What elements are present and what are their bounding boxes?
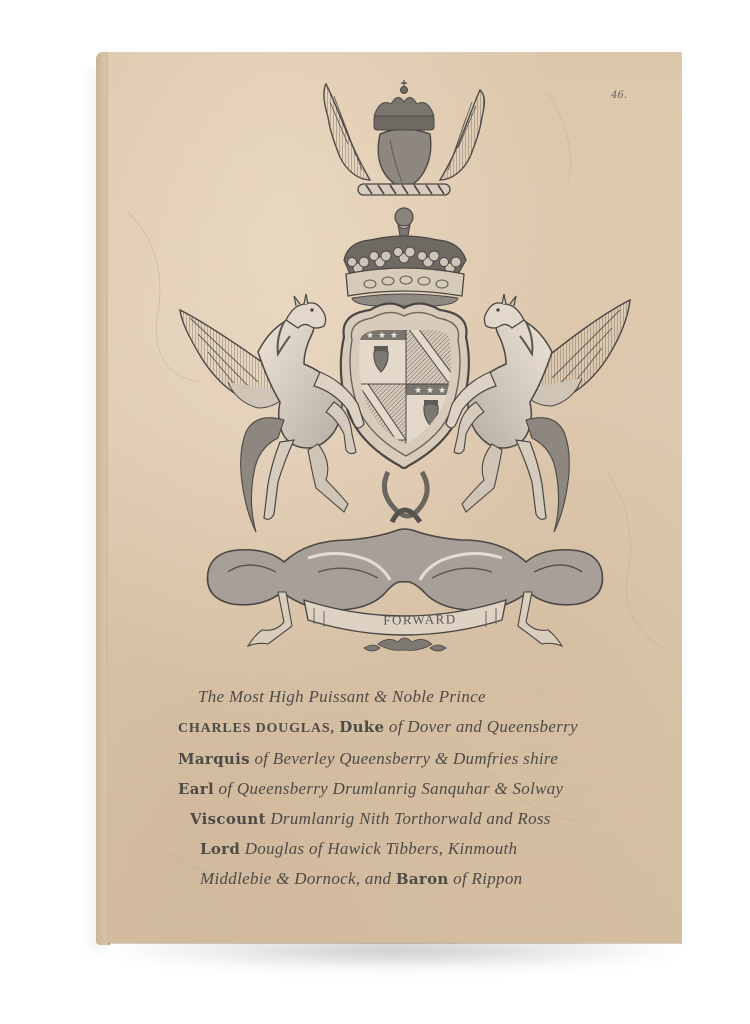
inscription-name: CHARLES DOUGLAS,: [178, 721, 335, 736]
title-lord: Lord: [200, 840, 240, 858]
lord-territories: Douglas of Hawick Tibbers, Kinmouth: [245, 839, 518, 858]
title-baron: Baron: [396, 870, 449, 888]
foliage-ornament-icon: [364, 638, 446, 651]
viscount-territories: Drumlanrig Nith Torthorwald and Ross: [270, 809, 550, 828]
pegasus-supporter-left-icon: [180, 294, 364, 532]
inscription-line-1: The Most High Puissant & Noble Prince: [178, 682, 618, 712]
inscription-line-3: Marquis of Beverley Queensberry & Dumfri…: [178, 744, 618, 774]
title-duke: Duke: [339, 718, 384, 736]
knot-ornament-icon: [384, 472, 427, 522]
winged-heart-crest-icon: [324, 80, 485, 195]
motto-text: FORWARD: [370, 611, 470, 629]
earl-territories: of Queensberry Drumlanrig Sanquhar & Sol…: [219, 779, 564, 798]
svg-text:★: ★: [414, 386, 422, 396]
pegasus-supporter-right-icon: [446, 294, 630, 532]
canvas-print: 46.: [108, 52, 682, 943]
lord-territories-cont: Middlebie & Dornock, and: [200, 869, 391, 888]
svg-text:★: ★: [378, 331, 386, 341]
inscription-line-2: CHARLES DOUGLAS, Duke of Dover and Queen…: [178, 712, 618, 744]
duke-territories: of Dover and Queensberry: [389, 717, 578, 736]
svg-text:★: ★: [438, 386, 446, 396]
title-marquis: Marquis: [178, 750, 250, 768]
ducal-coronet-icon: [344, 208, 466, 306]
svg-text:★: ★: [390, 331, 398, 341]
baron-territory: of Rippon: [453, 869, 522, 888]
inscription-prefix: The Most High Puissant & Noble Prince: [198, 687, 486, 706]
marquis-territories: of Beverley Queensberry & Dumfries shire: [254, 749, 558, 768]
inscription-line-4: Earl of Queensberry Drumlanrig Sanquhar …: [178, 774, 618, 804]
svg-text:★: ★: [426, 386, 434, 396]
inscription-line-5: Viscount Drumlanrig Nith Torthorwald and…: [178, 804, 618, 834]
title-viscount: Viscount: [190, 810, 266, 828]
inscription-line-6: Lord Douglas of Hawick Tibbers, Kinmouth: [178, 834, 618, 864]
title-earl: Earl: [178, 780, 214, 798]
inscription-line-7: Middlebie & Dornock, and Baron of Rippon: [178, 864, 618, 894]
shield-icon: ★★★ ★★★: [341, 303, 469, 468]
svg-text:★: ★: [366, 331, 374, 341]
inscription: The Most High Puissant & Noble Prince CH…: [178, 682, 618, 894]
